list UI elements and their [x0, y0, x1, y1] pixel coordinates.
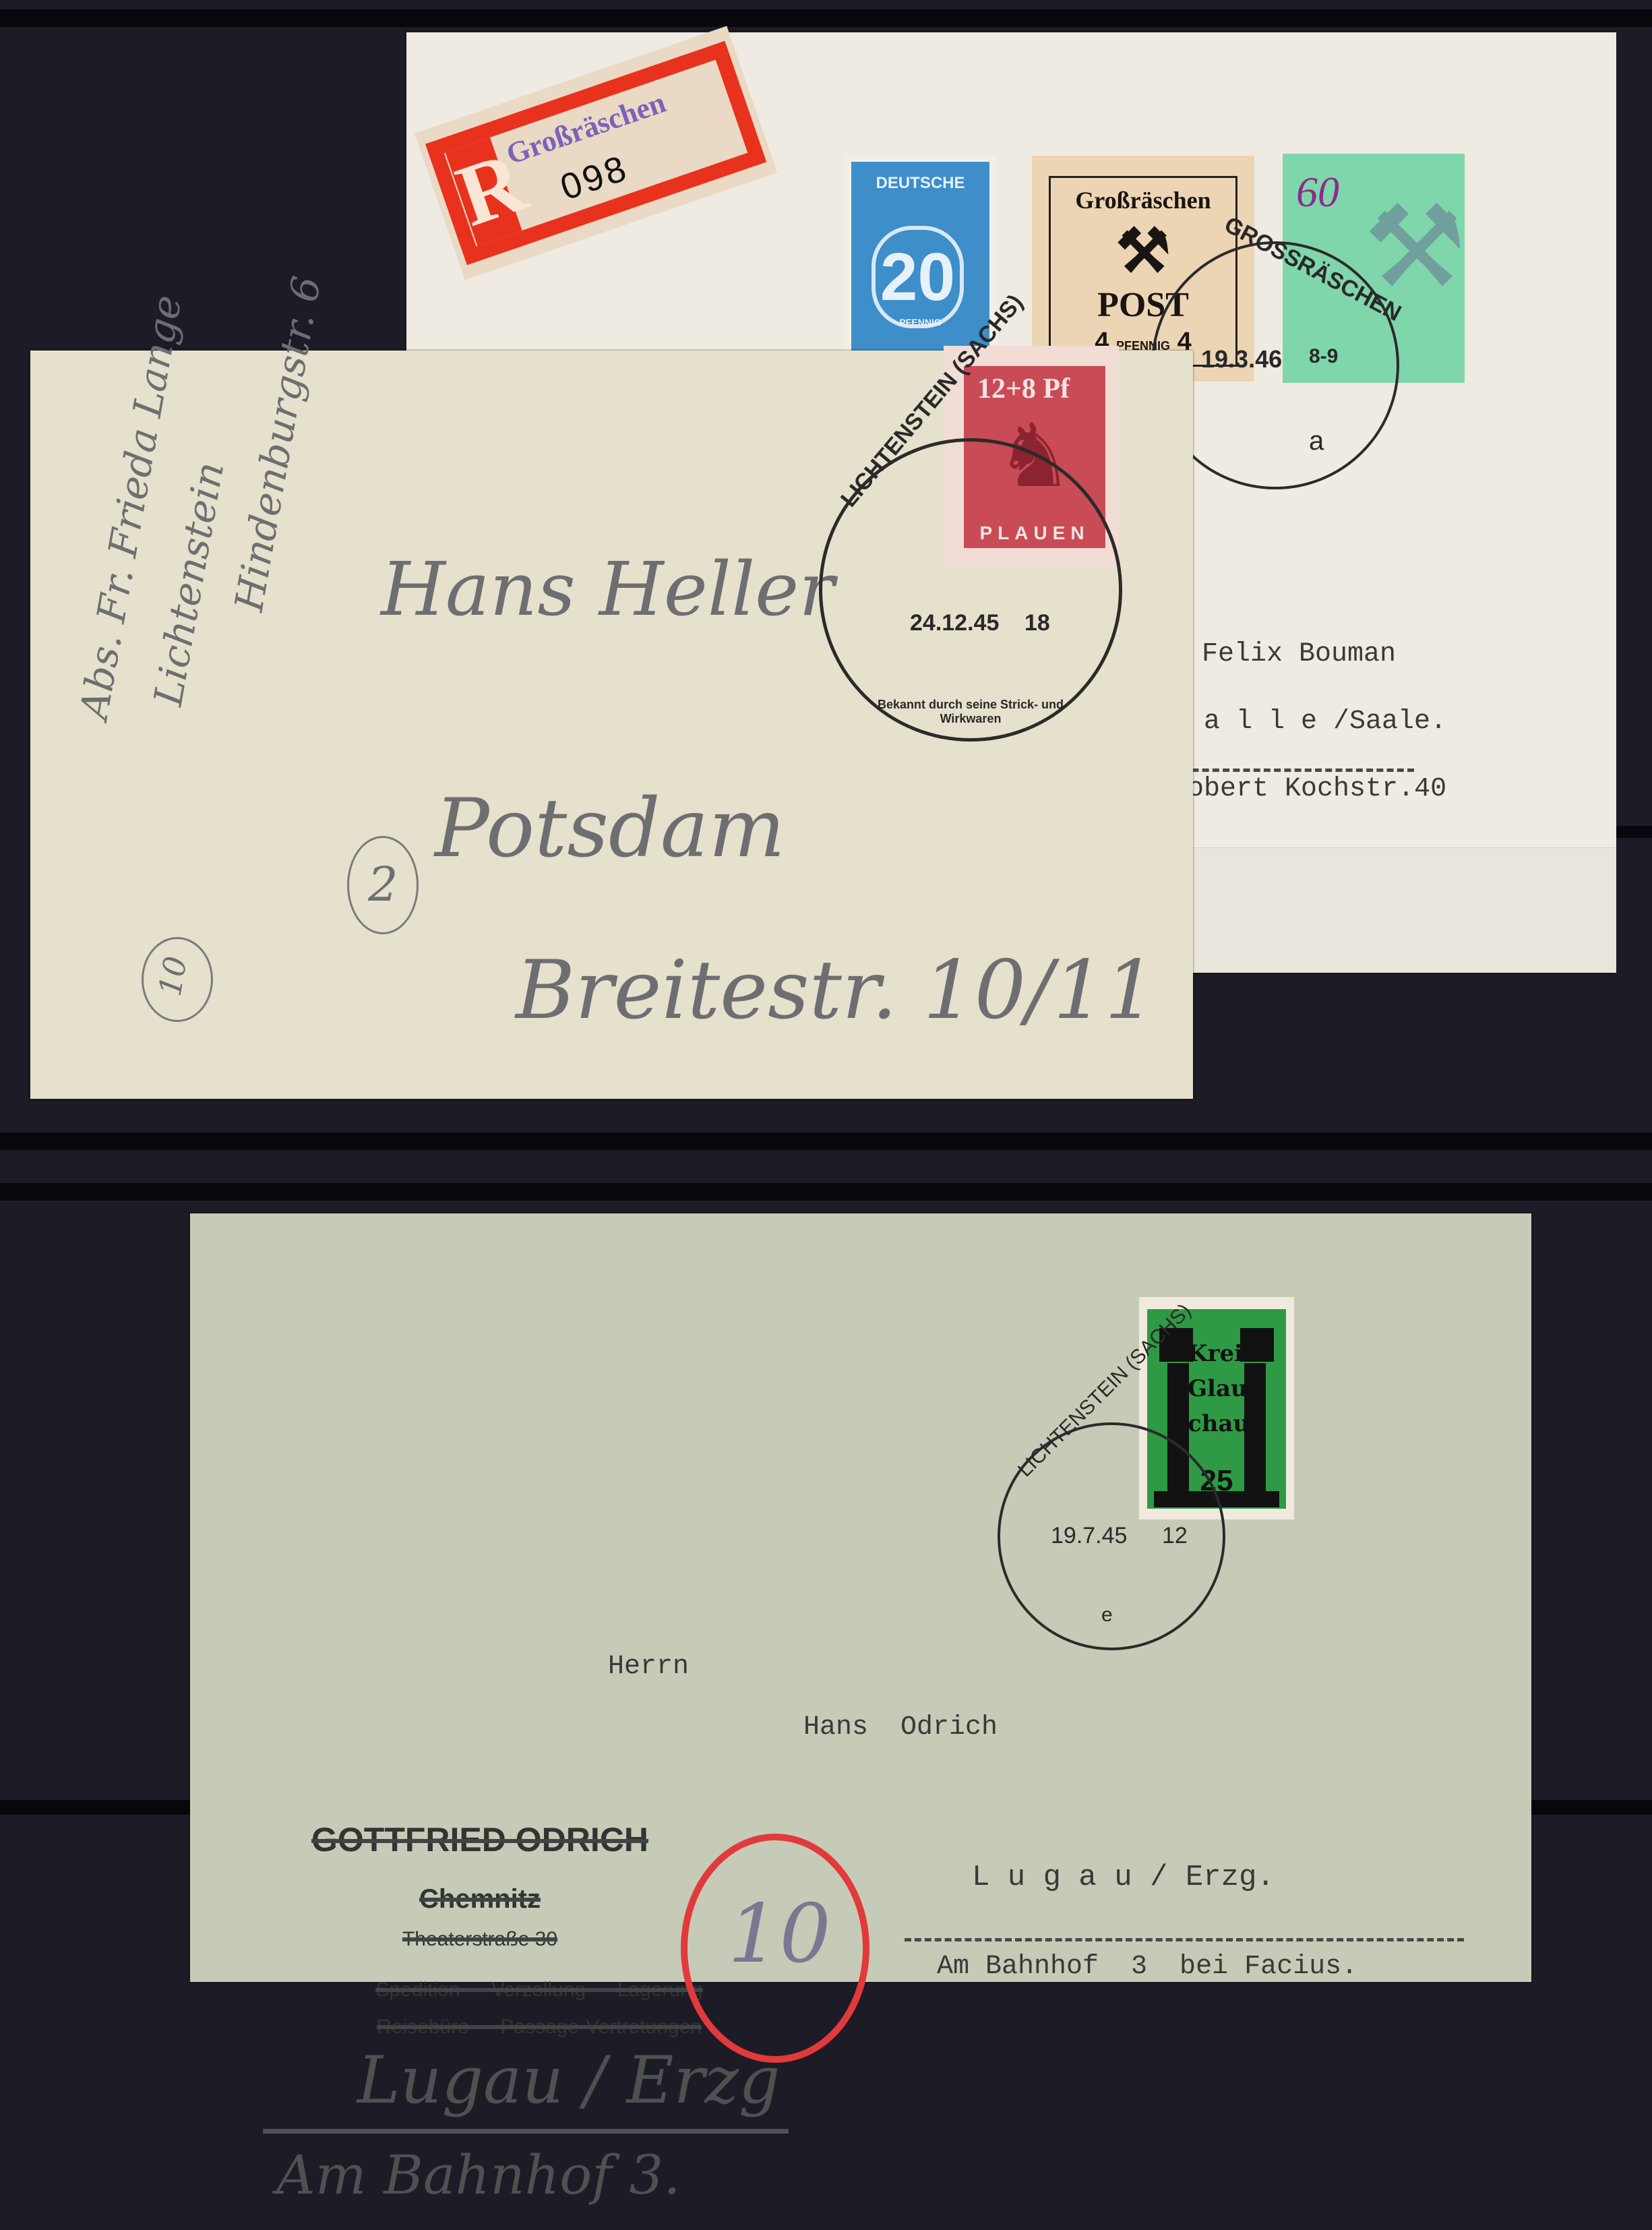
address-salutation: Herrn — [608, 1652, 689, 1682]
address-name: Hans Heller — [381, 546, 834, 632]
address-name: Hans Odrich — [803, 1712, 998, 1743]
letterhead-city: Chemnitz — [244, 1884, 716, 1915]
sender-handwritten-city: Lugau / Erzg — [357, 2043, 780, 2118]
postmark-time: 8-9 — [1309, 345, 1338, 368]
address-underline — [905, 1938, 1464, 1941]
postmark-date: 19.3.46 — [1201, 345, 1282, 373]
sender-handwritten-street: Am Bahnhof 3. — [276, 2144, 681, 2206]
stamp-value: 12+8 Pf — [964, 366, 1105, 405]
address-underline — [1171, 769, 1414, 772]
district-circle: 2 — [347, 836, 419, 934]
sender-line: Hindenburgstr. 6 — [226, 273, 330, 615]
album-strip — [0, 9, 1652, 27]
letterhead-street: Theaterstraße 30 — [244, 1928, 716, 1951]
postmark-letter: a — [1309, 426, 1324, 456]
album-strip — [0, 1183, 1652, 1201]
postmark-date: 24.12.45 — [910, 610, 999, 636]
postmark-time: 12 — [1162, 1523, 1188, 1549]
album-strip — [0, 1133, 1652, 1150]
manuscript-value: 60 — [1296, 167, 1339, 217]
overprint-text: KreisGlau-chau — [1188, 1336, 1246, 1441]
postmark-lichtenstein-1945-07: LICHTENSTEIN (SACHS) 19.7.45 12 e — [998, 1422, 1225, 1650]
address-street: Robert Kochstr.40 — [1171, 774, 1446, 804]
circled-note: 10 — [142, 937, 213, 1022]
stamp-unit: PFENNIG — [851, 317, 989, 328]
address-city: H a l l e /Saale. — [1171, 706, 1446, 737]
postmark-slogan: Bekannt durch seine Strick- und Wirkware… — [849, 698, 1092, 726]
letterhead-name: GOTTFRIED ODRICH — [244, 1820, 716, 1859]
postmark-lichtenstein-1945-12: LICHTENSTEIN (SACHS) 24.12.45 18 Bekannt… — [819, 438, 1122, 742]
red-crayon-circle: 10 — [681, 1834, 869, 2063]
cover-kreis-glauchau: Herrn Hans Odrich L u g a u / Erzg. GOTT… — [190, 1213, 1531, 1982]
circled-note: 10 — [728, 1888, 831, 1981]
stamp-title: Großräschen — [1051, 186, 1235, 214]
handwritten-underline — [263, 2129, 789, 2134]
address-street: Breitestr. 10/11 — [516, 944, 1156, 1037]
postmark-date: 19.7.45 — [1051, 1523, 1127, 1549]
postmark-letter: e — [1101, 1604, 1113, 1627]
address-street: Am Bahnhof 3 bei Facius. — [937, 1952, 1357, 1982]
address-name: Felix Bouman — [1202, 639, 1396, 669]
sender-line: Lichtenstein — [145, 458, 233, 709]
stamp-top-text: DEUTSCHE — [851, 162, 989, 193]
address-city: L u g a u / Erzg. — [972, 1861, 1275, 1894]
postmark-time: 18 — [1024, 610, 1050, 636]
address-city: Potsdam — [435, 782, 785, 876]
registration-label: R Großräschen 098 — [415, 26, 777, 280]
stamp-value: 20 — [871, 226, 964, 328]
